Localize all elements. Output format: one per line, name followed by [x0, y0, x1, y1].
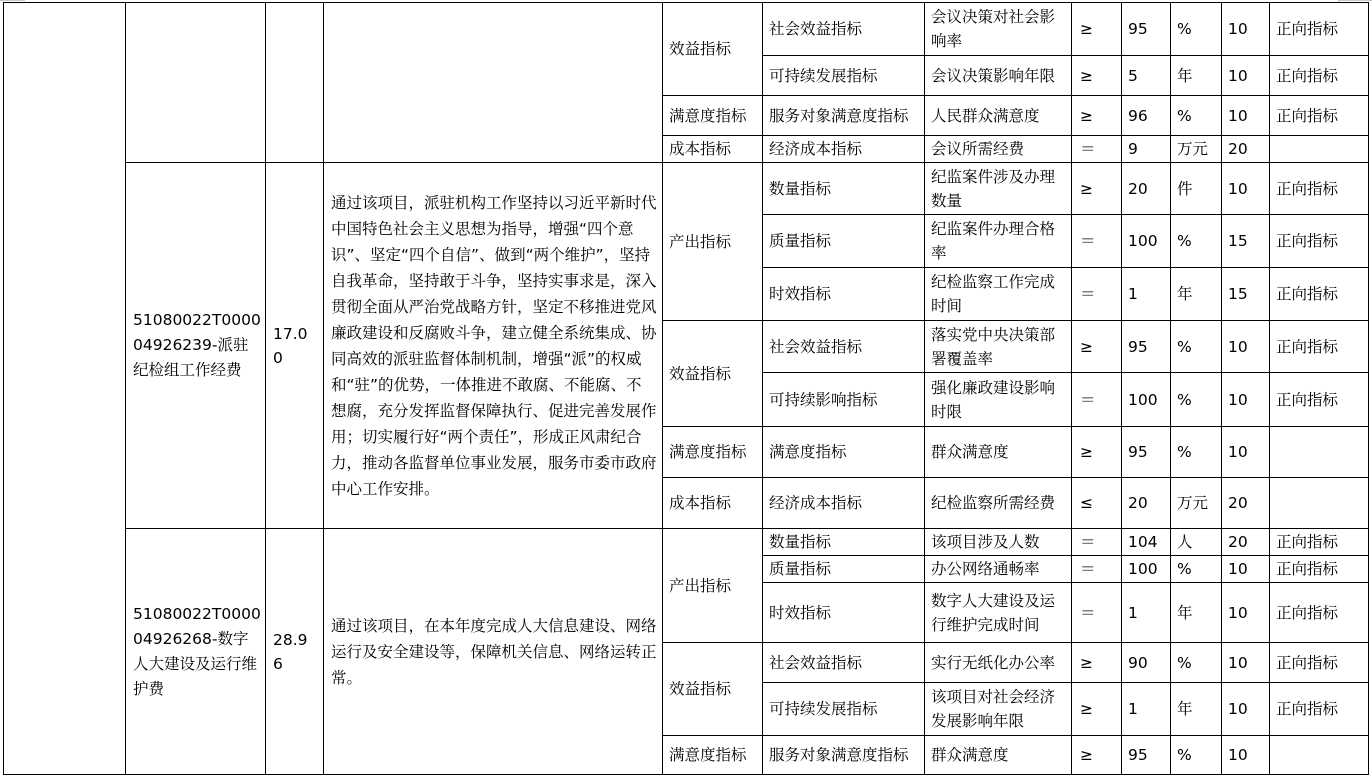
- weight-cell: 10: [1222, 643, 1270, 683]
- level2-indicator-cell: 可持续发展指标: [763, 56, 925, 96]
- direction-cell: 正向指标: [1270, 96, 1369, 136]
- target-value-cell: 100: [1122, 556, 1171, 583]
- target-value-cell: 95: [1122, 427, 1171, 478]
- performance-indicator-table: 效益指标 社会效益指标 会议决策对社会影响率 ≥ 95 % 10 正向指标 可持…: [3, 2, 1369, 775]
- operator-cell: ≥: [1072, 163, 1122, 215]
- project-name-cell: 51080022T000004926239-派驻纪检组工作经费: [126, 163, 266, 529]
- indicator-name-cell: 纪检监察所需经费: [925, 478, 1072, 529]
- operator-cell: ≥: [1072, 56, 1122, 96]
- unit-cell: %: [1171, 643, 1222, 683]
- indicator-name-cell: 会议所需经费: [925, 136, 1072, 163]
- indicator-name-cell: 纪监案件办理合格率: [925, 215, 1072, 268]
- unit-cell: %: [1171, 373, 1222, 427]
- level1-indicator-cell: 满意度指标: [663, 736, 763, 775]
- target-value-cell: 1: [1122, 583, 1171, 643]
- direction-cell: 正向指标: [1270, 373, 1369, 427]
- page-edge-marker: [0, 0, 25, 1]
- indicator-name-cell: 人民群众满意度: [925, 96, 1072, 136]
- level2-indicator-cell: 可持续影响指标: [763, 373, 925, 427]
- operator-cell: ＝: [1072, 556, 1122, 583]
- indicator-name-cell: 办公网络通畅率: [925, 556, 1072, 583]
- direction-cell: [1270, 736, 1369, 775]
- weight-cell: 20: [1222, 478, 1270, 529]
- table-row: 51080022T000004926239-派驻纪检组工作经费 17.00 通过…: [4, 163, 1369, 215]
- weight-cell: 10: [1222, 427, 1270, 478]
- direction-cell: 正向指标: [1270, 3, 1369, 56]
- description-cell: 通过该项目，在本年度完成人大信息建设、网络运行及安全建设等，保障机关信息、网络运…: [324, 529, 663, 775]
- indicator-name-cell: 纪监案件涉及办理数量: [925, 163, 1072, 215]
- target-value-cell: 9: [1122, 136, 1171, 163]
- direction-cell: 正向指标: [1270, 56, 1369, 96]
- page-edge-marker: [1338, 0, 1372, 1]
- weight-cell: 10: [1222, 96, 1270, 136]
- unit-cell: %: [1171, 215, 1222, 268]
- project-name-cell: 51080022T000004926268-数字人大建设及运行维护费: [126, 529, 266, 775]
- direction-cell: 正向指标: [1270, 163, 1369, 215]
- direction-cell: 正向指标: [1270, 556, 1369, 583]
- indicator-name-cell: 落实党中央决策部署覆盖率: [925, 321, 1072, 373]
- indicator-name-cell: 数字人大建设及运行维护完成时间: [925, 583, 1072, 643]
- unit-cell: %: [1171, 427, 1222, 478]
- description-cell: 通过该项目，派驻机构工作坚持以习近平新时代中国特色社会主义思想为指导，增强“四个…: [324, 163, 663, 529]
- level2-indicator-cell: 服务对象满意度指标: [763, 96, 925, 136]
- indicator-name-cell: 强化廉政建设影响时限: [925, 373, 1072, 427]
- unit-cell: %: [1171, 3, 1222, 56]
- operator-cell: ＝: [1072, 136, 1122, 163]
- target-value-cell: 90: [1122, 643, 1171, 683]
- direction-cell: 正向指标: [1270, 643, 1369, 683]
- level1-indicator-cell: 效益指标: [663, 321, 763, 427]
- unit-cell: 件: [1171, 163, 1222, 215]
- level1-indicator-cell: 产出指标: [663, 529, 763, 643]
- target-value-cell: 100: [1122, 373, 1171, 427]
- level2-indicator-cell: 质量指标: [763, 215, 925, 268]
- direction-cell: 正向指标: [1270, 529, 1369, 556]
- unit-cell: 万元: [1171, 478, 1222, 529]
- indicator-name-cell: 纪检监察工作完成时间: [925, 268, 1072, 321]
- weight-cell: 20: [1222, 529, 1270, 556]
- direction-cell: [1270, 427, 1369, 478]
- table-row: 效益指标 社会效益指标 会议决策对社会影响率 ≥ 95 % 10 正向指标: [4, 3, 1369, 56]
- operator-cell: ＝: [1072, 583, 1122, 643]
- target-value-cell: 104: [1122, 529, 1171, 556]
- indicator-name-cell: 会议决策影响年限: [925, 56, 1072, 96]
- direction-cell: 正向指标: [1270, 683, 1369, 736]
- operator-cell: ≥: [1072, 427, 1122, 478]
- description-cell: [324, 3, 663, 163]
- unit-cell: %: [1171, 556, 1222, 583]
- level1-indicator-cell: 满意度指标: [663, 427, 763, 478]
- level2-indicator-cell: 满意度指标: [763, 427, 925, 478]
- level2-indicator-cell: 数量指标: [763, 529, 925, 556]
- indicator-name-cell: 实行无纸化办公率: [925, 643, 1072, 683]
- level2-indicator-cell: 质量指标: [763, 556, 925, 583]
- indicator-name-cell: 该项目对社会经济发展影响年限: [925, 683, 1072, 736]
- level1-indicator-cell: 满意度指标: [663, 96, 763, 136]
- weight-cell: 15: [1222, 268, 1270, 321]
- target-value-cell: 20: [1122, 163, 1171, 215]
- operator-cell: ＝: [1072, 268, 1122, 321]
- operator-cell: ≥: [1072, 321, 1122, 373]
- operator-cell: ≥: [1072, 683, 1122, 736]
- unit-cell: 年: [1171, 56, 1222, 96]
- weight-cell: 10: [1222, 373, 1270, 427]
- amount-cell: [266, 3, 324, 163]
- weight-cell: 10: [1222, 321, 1270, 373]
- table-row: 51080022T000004926268-数字人大建设及运行维护费 28.96…: [4, 529, 1369, 556]
- level1-indicator-cell: 成本指标: [663, 136, 763, 163]
- target-value-cell: 95: [1122, 321, 1171, 373]
- unit-cell: 年: [1171, 268, 1222, 321]
- unit-cell: %: [1171, 321, 1222, 373]
- direction-cell: 正向指标: [1270, 583, 1369, 643]
- level2-indicator-cell: 时效指标: [763, 268, 925, 321]
- weight-cell: 10: [1222, 583, 1270, 643]
- weight-cell: 10: [1222, 736, 1270, 775]
- target-value-cell: 100: [1122, 215, 1171, 268]
- level2-indicator-cell: 时效指标: [763, 583, 925, 643]
- level1-indicator-cell: 产出指标: [663, 163, 763, 321]
- target-value-cell: 20: [1122, 478, 1171, 529]
- direction-cell: 正向指标: [1270, 215, 1369, 268]
- indicator-name-cell: 群众满意度: [925, 736, 1072, 775]
- weight-cell: 20: [1222, 136, 1270, 163]
- direction-cell: [1270, 478, 1369, 529]
- level2-indicator-cell: 社会效益指标: [763, 643, 925, 683]
- weight-cell: 10: [1222, 163, 1270, 215]
- operator-cell: ≤: [1072, 478, 1122, 529]
- operator-cell: ＝: [1072, 529, 1122, 556]
- weight-cell: 15: [1222, 215, 1270, 268]
- indicator-name-cell: 群众满意度: [925, 427, 1072, 478]
- indicator-name-cell: 会议决策对社会影响率: [925, 3, 1072, 56]
- direction-cell: 正向指标: [1270, 268, 1369, 321]
- target-value-cell: 1: [1122, 683, 1171, 736]
- category-cell: [4, 3, 126, 775]
- weight-cell: 10: [1222, 3, 1270, 56]
- target-value-cell: 5: [1122, 56, 1171, 96]
- level2-indicator-cell: 服务对象满意度指标: [763, 736, 925, 775]
- direction-cell: [1270, 136, 1369, 163]
- operator-cell: ＝: [1072, 215, 1122, 268]
- level1-indicator-cell: 效益指标: [663, 3, 763, 96]
- operator-cell: ≥: [1072, 3, 1122, 56]
- level1-indicator-cell: 效益指标: [663, 643, 763, 736]
- level2-indicator-cell: 社会效益指标: [763, 3, 925, 56]
- unit-cell: %: [1171, 736, 1222, 775]
- unit-cell: 年: [1171, 683, 1222, 736]
- amount-cell: 17.00: [266, 163, 324, 529]
- level2-indicator-cell: 经济成本指标: [763, 136, 925, 163]
- unit-cell: 人: [1171, 529, 1222, 556]
- direction-cell: 正向指标: [1270, 321, 1369, 373]
- operator-cell: ≥: [1072, 96, 1122, 136]
- unit-cell: 年: [1171, 583, 1222, 643]
- level2-indicator-cell: 经济成本指标: [763, 478, 925, 529]
- level1-indicator-cell: 成本指标: [663, 478, 763, 529]
- unit-cell: 万元: [1171, 136, 1222, 163]
- indicator-name-cell: 该项目涉及人数: [925, 529, 1072, 556]
- target-value-cell: 95: [1122, 3, 1171, 56]
- level2-indicator-cell: 可持续发展指标: [763, 683, 925, 736]
- weight-cell: 10: [1222, 683, 1270, 736]
- operator-cell: ＝: [1072, 373, 1122, 427]
- target-value-cell: 1: [1122, 268, 1171, 321]
- unit-cell: %: [1171, 96, 1222, 136]
- amount-cell: 28.96: [266, 529, 324, 775]
- operator-cell: ≥: [1072, 736, 1122, 775]
- weight-cell: 10: [1222, 556, 1270, 583]
- target-value-cell: 96: [1122, 96, 1171, 136]
- level2-indicator-cell: 社会效益指标: [763, 321, 925, 373]
- operator-cell: ≥: [1072, 643, 1122, 683]
- level2-indicator-cell: 数量指标: [763, 163, 925, 215]
- weight-cell: 10: [1222, 56, 1270, 96]
- project-name-cell: [126, 3, 266, 163]
- target-value-cell: 95: [1122, 736, 1171, 775]
